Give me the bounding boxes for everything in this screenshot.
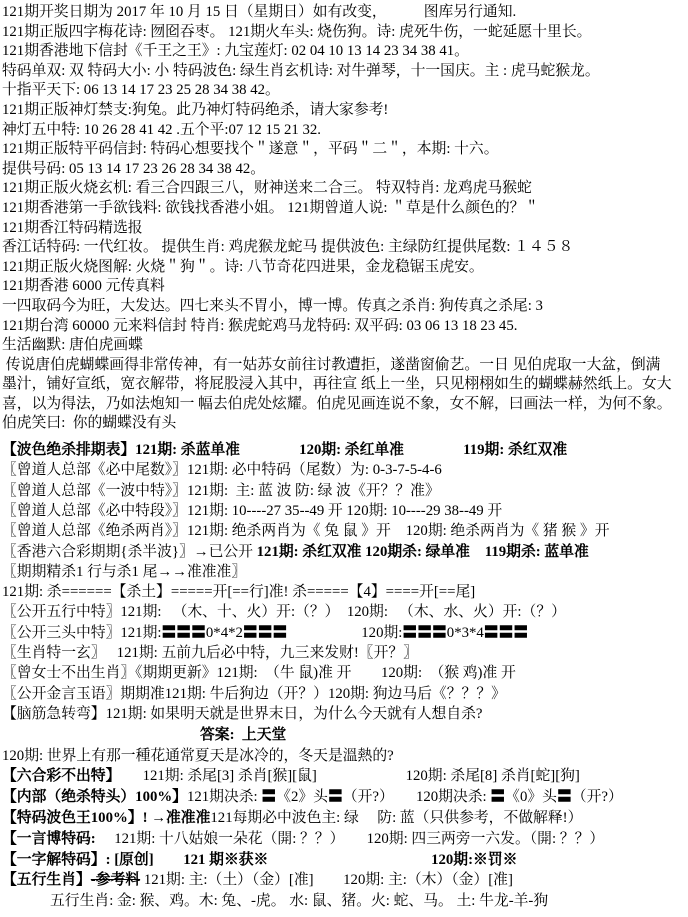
text-segment: 121期: 主:（土）（金）[准] 120期: 主:（木）（金）[准] bbox=[140, 872, 513, 888]
text-segment: 《2》头 bbox=[276, 789, 328, 805]
text-segment: 【脑筋急转弯】121期: 如果明天就是世界末日，为什么今天就有人想自杀? bbox=[2, 706, 482, 722]
text-segment: 五行生肖: 金: 猴、鸡。木: 兔、-虎。 水: 鼠、猪。火: 蛇、马。 土: … bbox=[50, 893, 548, 909]
hk-envelope-line: 121期香港地下信封《千王之王》: 九宝莲灯: 02 04 10 13 14 2… bbox=[2, 42, 688, 62]
text-segment: 香江话特码: 一代红妆。 提供生肖: 鸡虎猴龙蛇马 提供波色: 主绿防红提供尾数… bbox=[2, 239, 573, 255]
xiangjiang-report-line: 121期香江特码精选报 bbox=[2, 219, 688, 239]
text-segment: 121期开奖日期为 2017 年 10 月 15 日（星期日）如有改变， 图库另… bbox=[2, 4, 516, 20]
brain-teaser-120-line: 120期: 世界上有那一種花通常夏天是冰冷的，冬天是溫熱的? bbox=[2, 746, 688, 767]
text-segment: 〓 bbox=[328, 789, 343, 805]
text-segment: 〓〓〓 bbox=[243, 625, 287, 641]
five-element-zodiac-line: 【五行生肖】-参考料 121期: 主:（土）（金）[准] 120期: 主:（木）… bbox=[2, 870, 688, 891]
lamp-five-special-line: 神灯五中特: 10 26 28 41 42 .五个平:07 12 15 21 3… bbox=[2, 121, 688, 141]
kill-earth-line: 121期: 杀======【杀土】=====开[==行]准! 杀=====【4】… bbox=[2, 582, 688, 602]
internal-kill-head-line: 【内部（绝杀特头）100%】121期决杀: 〓《2》头〓（开?） 120期决杀:… bbox=[2, 787, 688, 808]
humor-story-line-3: 喜，以为得法，乃如法炮知一 幅去伯虎处炫耀。伯虎见画连说不象，女不解，曰画法一样… bbox=[2, 395, 688, 415]
hk-6000-fax-line: 121期香港 6000 元传真料 bbox=[2, 277, 688, 297]
text-segment: 《0》头 bbox=[505, 789, 557, 805]
text-segment: 一四取码今为旺，大发达。四七来头不胃小，博一博。传真之杀肖: 狗传真之杀尾: 3 bbox=[2, 298, 543, 314]
taiwan-60000-line: 121期台湾 60000 元来料信封 特肖: 猴虎蛇鸡马龙特码: 双平码: 03… bbox=[2, 317, 688, 337]
humor-story-line-1: 传说唐伯虎蝴蝶画得非常传神，有一姑苏女前往讨教遭拒，遂凿窗偷艺。一日 见伯虎取一… bbox=[2, 356, 688, 376]
kill-row-tail-line: 〖期期精杀1 行与杀1 尾→→准准准〗 bbox=[2, 562, 688, 582]
text-segment: 〓 bbox=[261, 789, 276, 805]
wave-color-king-line: 【特码波色王100%】! →准准准121每期必中波色主: 绿 防: 蓝（只供参考… bbox=[2, 808, 688, 829]
special-code-attrs-line: 特码单双: 双 特码大小: 小 特码波色: 绿生肖玄机诗: 对牛弹琴，十一国庆。… bbox=[2, 62, 688, 82]
money-tip-line: 121期香港第一手欲钱料: 欲钱找香港小姐。 121期曾道人说: ＂草是什么颜色… bbox=[2, 199, 688, 219]
text-segment: 墨汁，铺好宣纸，宽衣解带，将屁股浸入其中，再往宣 纸上一坐，只见栩栩如生的蝴蝶赫… bbox=[2, 376, 672, 392]
text-segment: 0*4*2 bbox=[206, 625, 243, 641]
text-segment: 121每期必中波色主: 绿 防: 蓝（只供参考，不做解释!） bbox=[210, 810, 582, 826]
text-segment: 〖曾道人总部《绝杀两肖》〗121期: 绝杀两肖为《 兔 鼠 》开 120期: 绝… bbox=[2, 523, 610, 539]
text-segment: 【一言博特码: bbox=[2, 831, 99, 847]
xiangjiang-special-line: 香江话特码: 一代红妆。 提供生肖: 鸡虎猴龙蛇马 提供波色: 主绿防红提供尾数… bbox=[2, 238, 688, 258]
magic-lamp-ban-line: 121期正版神灯禁支:狗兔。此乃神灯特码绝杀，请大家参考! bbox=[2, 101, 688, 121]
lottery-tips-document: 121期开奖日期为 2017 年 10 月 15 日（星期日）如有改变， 图库另… bbox=[0, 0, 688, 917]
provided-numbers-line: 提供号码: 05 13 14 17 23 26 28 34 38 42。 bbox=[2, 160, 688, 180]
text-segment: 121期: 杀红双准 120期杀: 绿单准 119期杀: 蓝单准 bbox=[257, 544, 589, 560]
text-segment: 【波色绝杀排期表】121期: 杀蓝单准 120期: 杀红单准 119期: 杀红双… bbox=[2, 442, 567, 458]
text-segment: 121期正版神灯禁支:狗兔。此乃神灯特码绝杀，请大家参考! bbox=[2, 102, 388, 118]
text-segment: 120期: bbox=[287, 625, 402, 641]
text-segment: 【五行生肖】 bbox=[2, 872, 91, 888]
text-segment: 121期香江特码精选报 bbox=[2, 220, 143, 236]
text-segment: 〓〓〓 bbox=[402, 625, 446, 641]
three-heads-special-line: 〖公开三头中特〗121期:〓〓〓0*4*2〓〓〓 120期:〓〓〓0*3*4〓〓… bbox=[2, 623, 688, 643]
text-segment: （开?） 120期决杀: bbox=[343, 789, 491, 805]
text-segment: 〓 bbox=[490, 789, 505, 805]
text-segment: 〖公开金言玉语〗期期准121期: 牛后狗边（开？）120期: 狗边马后《？？？》 bbox=[2, 686, 506, 702]
text-segment: 120期: 世界上有那一種花通常夏天是冰冷的，冬天是溫熱的? bbox=[2, 748, 394, 764]
text-segment: 〖期期精杀1 行与杀1 尾→→准准准〗 bbox=[2, 564, 246, 580]
text-segment: 121期: 十八姑娘一朵花（開: ？？） 120期: 四三两旁一六发。（開: ？… bbox=[99, 831, 604, 847]
brain-teaser-answer-line: 答案: 上天堂 bbox=[2, 725, 688, 746]
text-segment: 答案: 上天堂 bbox=[200, 727, 286, 743]
text-segment: 121期决杀: bbox=[187, 789, 261, 805]
text-segment: 〖公开三头中特〗121期: bbox=[2, 625, 161, 641]
one-wave-special-line: 〖曾道人总部《一波中特》〗121期: 主: 蓝 波 防: 绿 波《开？？准》 bbox=[2, 481, 688, 501]
plum-poem-line: 121期正版四字梅花诗: 囫囵吞枣。 121期火车头: 烧伤狗。诗: 虎死牛伤，… bbox=[2, 23, 688, 43]
life-humor-title-line: 生活幽默: 唐伯虎画蝶 bbox=[2, 336, 688, 356]
one-sentence-special-line: 【一言博特码: 121期: 十八姑娘一朵花（開: ？？） 120期: 四三两旁一… bbox=[2, 829, 688, 850]
ten-numbers-line: 十指平天下: 06 13 14 17 23 25 28 34 38 42。 bbox=[2, 81, 688, 101]
wave-color-kill-table-line: 【波色绝杀排期表】121期: 杀蓝单准 120期: 杀红单准 119期: 杀红双… bbox=[2, 440, 688, 460]
text-segment: 121期香港 6000 元传真料 bbox=[2, 278, 165, 294]
text-segment: 十指平天下: 06 13 14 17 23 25 28 34 38 42。 bbox=[2, 82, 280, 98]
fax-verse-line: 一四取码今为旺，大发达。四七来头不胃小，博一博。传真之杀肖: 狗传真之杀尾: 3 bbox=[2, 297, 688, 317]
text-segment: 121期正版火烧图解: 火烧＂狗＂。诗: 八节奇花四进果，金龙稳锯玉虎安。 bbox=[2, 259, 484, 275]
text-segment: 提供号码: 05 13 14 17 23 26 28 34 38 42。 bbox=[2, 161, 265, 177]
text-segment: 121期正版特平码信封: 特码心想要找个＂遂意＂，平码＂二＂，本期: 十六。 bbox=[2, 141, 499, 157]
text-segment: 121期正版火烧玄机: 看三合四跟三八，财神送来二合三。 特双特肖: 龙鸡虎马猴… bbox=[2, 180, 532, 196]
text-segment: 〖曾道人总部《必中尾数》〗121期: 必中特码（尾数）为: 0-3-7-5-4-… bbox=[2, 462, 442, 478]
madam-zeng-zodiac-line: 〖曾女士不出生肖〗《期期更新》121期: （牛 鼠)准 开 120期: （猴 鸡… bbox=[2, 663, 688, 683]
zodiac-mystery-line: 〖生肖特一玄〗 121期: 五前九后必中特，九三来发财!〖开？〗 bbox=[2, 643, 688, 663]
text-segment: 121期: 杀尾[3] 杀肖[猴][鼠] 120期: 杀尾[8] 杀肖[蛇][狗… bbox=[113, 768, 580, 784]
humor-story-line-4: 伯虎笑曰: 你的蝴蝶没有头 bbox=[2, 414, 688, 434]
text-segment: 121期台湾 60000 元来料信封 特肖: 猴虎蛇鸡马龙特码: 双平码: 03… bbox=[2, 318, 517, 334]
no-special-line: 【六合彩不出特】 121期: 杀尾[3] 杀肖[猴][鼠] 120期: 杀尾[8… bbox=[2, 766, 688, 787]
text-segment: 喜，以为得法，乃如法炮知一 幅去伯虎处炫耀。伯虎见画连说不象，女不解，曰画法一样… bbox=[2, 396, 672, 412]
special-flat-envelope-line: 121期正版特平码信封: 特码心想要找个＂遂意＂，平码＂二＂，本期: 十六。 bbox=[2, 140, 688, 160]
fire-illustration-line: 121期正版火烧图解: 火烧＂狗＂。诗: 八节奇花四进果，金龙稳锯玉虎安。 bbox=[2, 258, 688, 278]
text-segment: 121期香港第一手欲钱料: 欲钱找香港小姐。 121期曾道人说: ＂草是什么颜色… bbox=[2, 200, 539, 216]
text-segment: 【一字解特码】: [原创] 121 期※获※ 120期:※罚※ bbox=[2, 852, 517, 868]
five-element-mapping-line: 五行生肖: 金: 猴、鸡。木: 兔、-虎。 水: 鼠、猪。火: 蛇、马。 土: … bbox=[2, 891, 688, 912]
kill-two-zodiac-line: 〖曾道人总部《绝杀两肖》〗121期: 绝杀两肖为《 兔 鼠 》开 120期: 绝… bbox=[2, 521, 688, 541]
text-segment: 〖生肖特一玄〗 121期: 五前九后必中特，九三来发财!〖开？〗 bbox=[2, 645, 418, 661]
humor-story-line-2: 墨汁，铺好宣纸，宽衣解带，将屁股浸入其中，再往宣 纸上一坐，只见栩栩如生的蝴蝶赫… bbox=[2, 375, 688, 395]
text-segment: 〖曾女士不出生肖〗《期期更新》121期: （牛 鼠)准 开 120期: （猴 鸡… bbox=[2, 665, 516, 681]
must-hit-tail-line: 〖曾道人总部《必中尾数》〗121期: 必中特码（尾数）为: 0-3-7-5-4-… bbox=[2, 460, 688, 480]
kill-half-wave-line: 〖香港六合彩期期{杀半波}〗→已公开 121期: 杀红双准 120期杀: 绿单准… bbox=[2, 542, 688, 562]
text-segment: 〓〓〓 bbox=[484, 625, 528, 641]
text-segment: 〖香港六合彩期期{杀半波}〗→已公开 bbox=[2, 544, 257, 560]
text-segment: 伯虎笑曰: 你的蝴蝶没有头 bbox=[2, 415, 176, 431]
text-segment: 【特码波色王100%】! →准准准 bbox=[2, 810, 210, 826]
text-segment: 【内部（绝杀特头）100%】 bbox=[2, 789, 187, 805]
text-segment: 传说唐伯虎蝴蝶画得非常传神，有一姑苏女前往讨教遭拒，遂凿窗偷艺。一日 见伯虎取一… bbox=[2, 357, 660, 373]
text-segment: 〖曾道人总部《一波中特》〗121期: 主: 蓝 波 防: 绿 波《开？？准》 bbox=[2, 483, 440, 499]
golden-words-line: 〖公开金言玉语〗期期准121期: 牛后狗边（开？）120期: 狗边马后《？？？》 bbox=[2, 684, 688, 704]
draw-date-line: 121期开奖日期为 2017 年 10 月 15 日（星期日）如有改变， 图库另… bbox=[2, 3, 688, 23]
text-segment: 0*3*4 bbox=[447, 625, 484, 641]
text-segment: 121期正版四字梅花诗: 囫囵吞枣。 121期火车头: 烧伤狗。诗: 虎死牛伤，… bbox=[2, 24, 591, 40]
text-segment: 生活幽默: 唐伯虎画蝶 bbox=[2, 337, 143, 353]
text-segment: 〓〓〓 bbox=[161, 625, 205, 641]
text-segment: -参考料 bbox=[91, 872, 140, 888]
brain-teaser-line: 【脑筋急转弯】121期: 如果明天就是世界末日，为什么今天就有人想自杀? bbox=[2, 704, 688, 725]
text-segment: 121期香港地下信封《千王之王》: 九宝莲灯: 02 04 10 13 14 2… bbox=[2, 43, 469, 59]
fire-mystery-line: 121期正版火烧玄机: 看三合四跟三八，财神送来二合三。 特双特肖: 龙鸡虎马猴… bbox=[2, 179, 688, 199]
five-element-special-line: 〖公开五行中特〗121期: （木、十、火）开:（？） 120期: （木、水、火）… bbox=[2, 602, 688, 622]
text-segment: 〓 bbox=[557, 789, 572, 805]
text-segment: 特码单双: 双 特码大小: 小 特码波色: 绿生肖玄机诗: 对牛弹琴，十一国庆。… bbox=[2, 63, 600, 79]
text-segment: （开?） bbox=[572, 789, 623, 805]
text-segment: 〖曾道人总部《必中特段》〗121期: 10----27 35--49 开 120… bbox=[2, 503, 502, 519]
text-segment: 121期: 杀======【杀土】=====开[==行]准! 杀=====【4】… bbox=[2, 584, 475, 600]
text-segment: 神灯五中特: 10 26 28 41 42 .五个平:07 12 15 21 3… bbox=[2, 122, 321, 138]
text-segment: 〖公开五行中特〗121期: （木、十、火）开:（？） 120期: （木、水、火）… bbox=[2, 604, 566, 620]
text-segment: 【六合彩不出特】 bbox=[2, 768, 113, 784]
one-word-special-line: 【一字解特码】: [原创] 121 期※获※ 120期:※罚※ bbox=[2, 850, 688, 871]
must-hit-segment-line: 〖曾道人总部《必中特段》〗121期: 10----27 35--49 开 120… bbox=[2, 501, 688, 521]
